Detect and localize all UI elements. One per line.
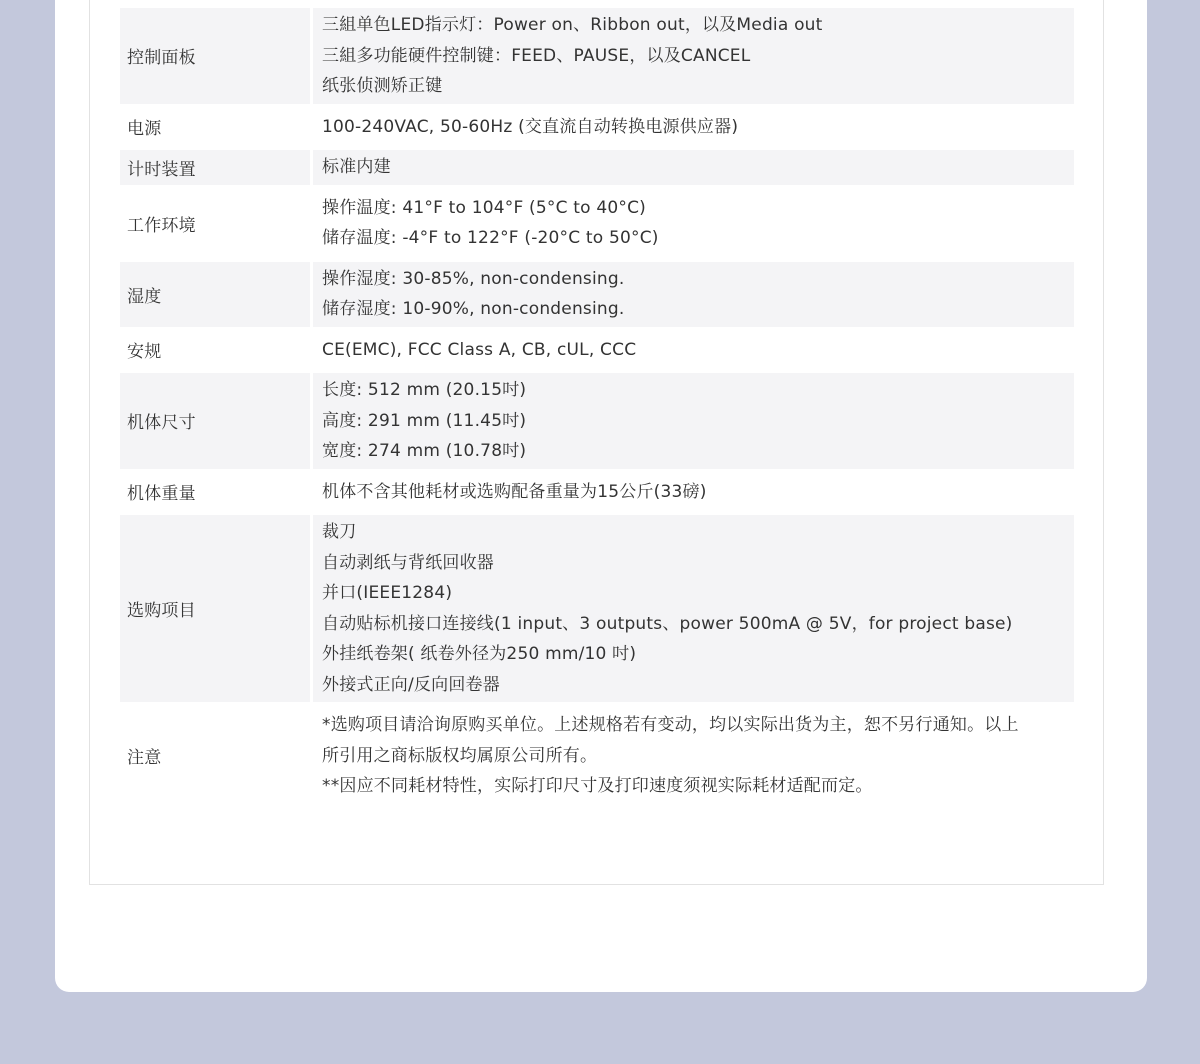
spec-value-line: 储存温度: -4°F to 122°F (-20°C to 50°C) bbox=[322, 223, 1074, 254]
spec-row-environment: 工作环境 操作温度: 41°F to 104°F (5°C to 40°C) 储… bbox=[120, 191, 1074, 256]
content-card: 控制面板 三組单色LED指示灯：Power on、Ribbon out，以及Me… bbox=[55, 0, 1147, 992]
spec-row-notes: 注意 *选购项目请洽询原购买单位。上述规格若有变动，均以实际出货为主，恕不另行通… bbox=[120, 708, 1074, 804]
spec-value-line: *选购项目请洽询原购买单位。上述规格若有变动，均以实际出货为主，恕不另行通知。以… bbox=[322, 710, 1074, 741]
spec-value-line: 机体不含其他耗材或选购配备重量为15公斤(33磅) bbox=[322, 477, 1074, 508]
spec-value-line: 操作温度: 41°F to 104°F (5°C to 40°C) bbox=[322, 193, 1074, 224]
spec-value-line: 所引用之商标版权均属原公司所有。 bbox=[322, 741, 1074, 772]
spec-value-line: 操作湿度: 30-85%, non-condensing. bbox=[322, 264, 1074, 295]
spec-label: 机体尺寸 bbox=[120, 373, 310, 469]
spec-row-humidity: 湿度 操作湿度: 30-85%, non-condensing. 储存湿度: 1… bbox=[120, 262, 1074, 327]
spec-label: 电源 bbox=[120, 110, 310, 145]
spec-value-line: 高度: 291 mm (11.45吋) bbox=[322, 406, 1074, 437]
spec-label: 安规 bbox=[120, 333, 310, 368]
spec-value-line: 外挂纸卷架( 纸卷外径为250 mm/10 吋) bbox=[322, 639, 1074, 670]
spec-table: 控制面板 三組单色LED指示灯：Power on、Ribbon out，以及Me… bbox=[120, 8, 1074, 804]
spec-value-line: 标准内建 bbox=[322, 152, 1074, 183]
spec-value-line: 100-240VAC, 50-60Hz (交直流自动转换电源供应器) bbox=[322, 112, 1074, 143]
spec-value: 100-240VAC, 50-60Hz (交直流自动转换电源供应器) bbox=[310, 110, 1074, 145]
spec-value-line: 自动剥纸与背纸回收器 bbox=[322, 548, 1074, 579]
spec-value-line: 纸张侦测矫正键 bbox=[322, 71, 1074, 102]
spec-row-safety: 安规 CE(EMC), FCC Class A, CB, cUL, CCC bbox=[120, 333, 1074, 368]
spec-row-control-panel: 控制面板 三組单色LED指示灯：Power on、Ribbon out，以及Me… bbox=[120, 8, 1074, 104]
spec-table-body: 控制面板 三組单色LED指示灯：Power on、Ribbon out，以及Me… bbox=[120, 8, 1074, 804]
spec-value-line: 三組多功能硬件控制键：FEED、PAUSE，以及CANCEL bbox=[322, 41, 1074, 72]
spec-value-line: 长度: 512 mm (20.15吋) bbox=[322, 375, 1074, 406]
spec-value-line: 储存湿度: 10-90%, non-condensing. bbox=[322, 294, 1074, 325]
spec-value-line: 裁刀 bbox=[322, 517, 1074, 548]
spec-value: CE(EMC), FCC Class A, CB, cUL, CCC bbox=[310, 333, 1074, 368]
spec-label: 选购项目 bbox=[120, 515, 310, 702]
spec-panel: 控制面板 三組单色LED指示灯：Power on、Ribbon out，以及Me… bbox=[89, 0, 1104, 885]
spec-label: 湿度 bbox=[120, 262, 310, 327]
spec-row-power: 电源 100-240VAC, 50-60Hz (交直流自动转换电源供应器) bbox=[120, 110, 1074, 145]
spec-value-line: 宽度: 274 mm (10.78吋) bbox=[322, 436, 1074, 467]
spec-row-dimensions: 机体尺寸 长度: 512 mm (20.15吋) 高度: 291 mm (11.… bbox=[120, 373, 1074, 469]
spec-value-line: 外接式正向/反向回卷器 bbox=[322, 670, 1074, 701]
spec-label: 机体重量 bbox=[120, 475, 310, 510]
spec-value-line: 自动贴标机接口连接线(1 input、3 outputs、power 500mA… bbox=[322, 609, 1074, 640]
spec-label: 计时装置 bbox=[120, 150, 310, 185]
spec-label: 工作环境 bbox=[120, 191, 310, 256]
spec-value: 标准内建 bbox=[310, 150, 1074, 185]
spec-value: 机体不含其他耗材或选购配备重量为15公斤(33磅) bbox=[310, 475, 1074, 510]
spec-value: *选购项目请洽询原购买单位。上述规格若有变动，均以实际出货为主，恕不另行通知。以… bbox=[310, 708, 1074, 804]
spec-label: 控制面板 bbox=[120, 8, 310, 104]
spec-row-weight: 机体重量 机体不含其他耗材或选购配备重量为15公斤(33磅) bbox=[120, 475, 1074, 510]
spec-label: 注意 bbox=[120, 708, 310, 804]
spec-value: 操作温度: 41°F to 104°F (5°C to 40°C) 储存温度: … bbox=[310, 191, 1074, 256]
spec-row-clock: 计时装置 标准内建 bbox=[120, 150, 1074, 185]
spec-value: 操作湿度: 30-85%, non-condensing. 储存湿度: 10-9… bbox=[310, 262, 1074, 327]
spec-value-line: **因应不同耗材特性，实际打印尺寸及打印速度须视实际耗材适配而定。 bbox=[322, 771, 1074, 802]
spec-value: 三組单色LED指示灯：Power on、Ribbon out，以及Media o… bbox=[310, 8, 1074, 104]
spec-value: 长度: 512 mm (20.15吋) 高度: 291 mm (11.45吋) … bbox=[310, 373, 1074, 469]
spec-value-line: 三組单色LED指示灯：Power on、Ribbon out，以及Media o… bbox=[322, 10, 1074, 41]
spec-row-options: 选购项目 裁刀 自动剥纸与背纸回收器 并口(IEEE1284) 自动贴标机接口连… bbox=[120, 515, 1074, 702]
spec-value-line: CE(EMC), FCC Class A, CB, cUL, CCC bbox=[322, 335, 1074, 366]
spec-value-line: 并口(IEEE1284) bbox=[322, 578, 1074, 609]
spec-value: 裁刀 自动剥纸与背纸回收器 并口(IEEE1284) 自动贴标机接口连接线(1 … bbox=[310, 515, 1074, 702]
